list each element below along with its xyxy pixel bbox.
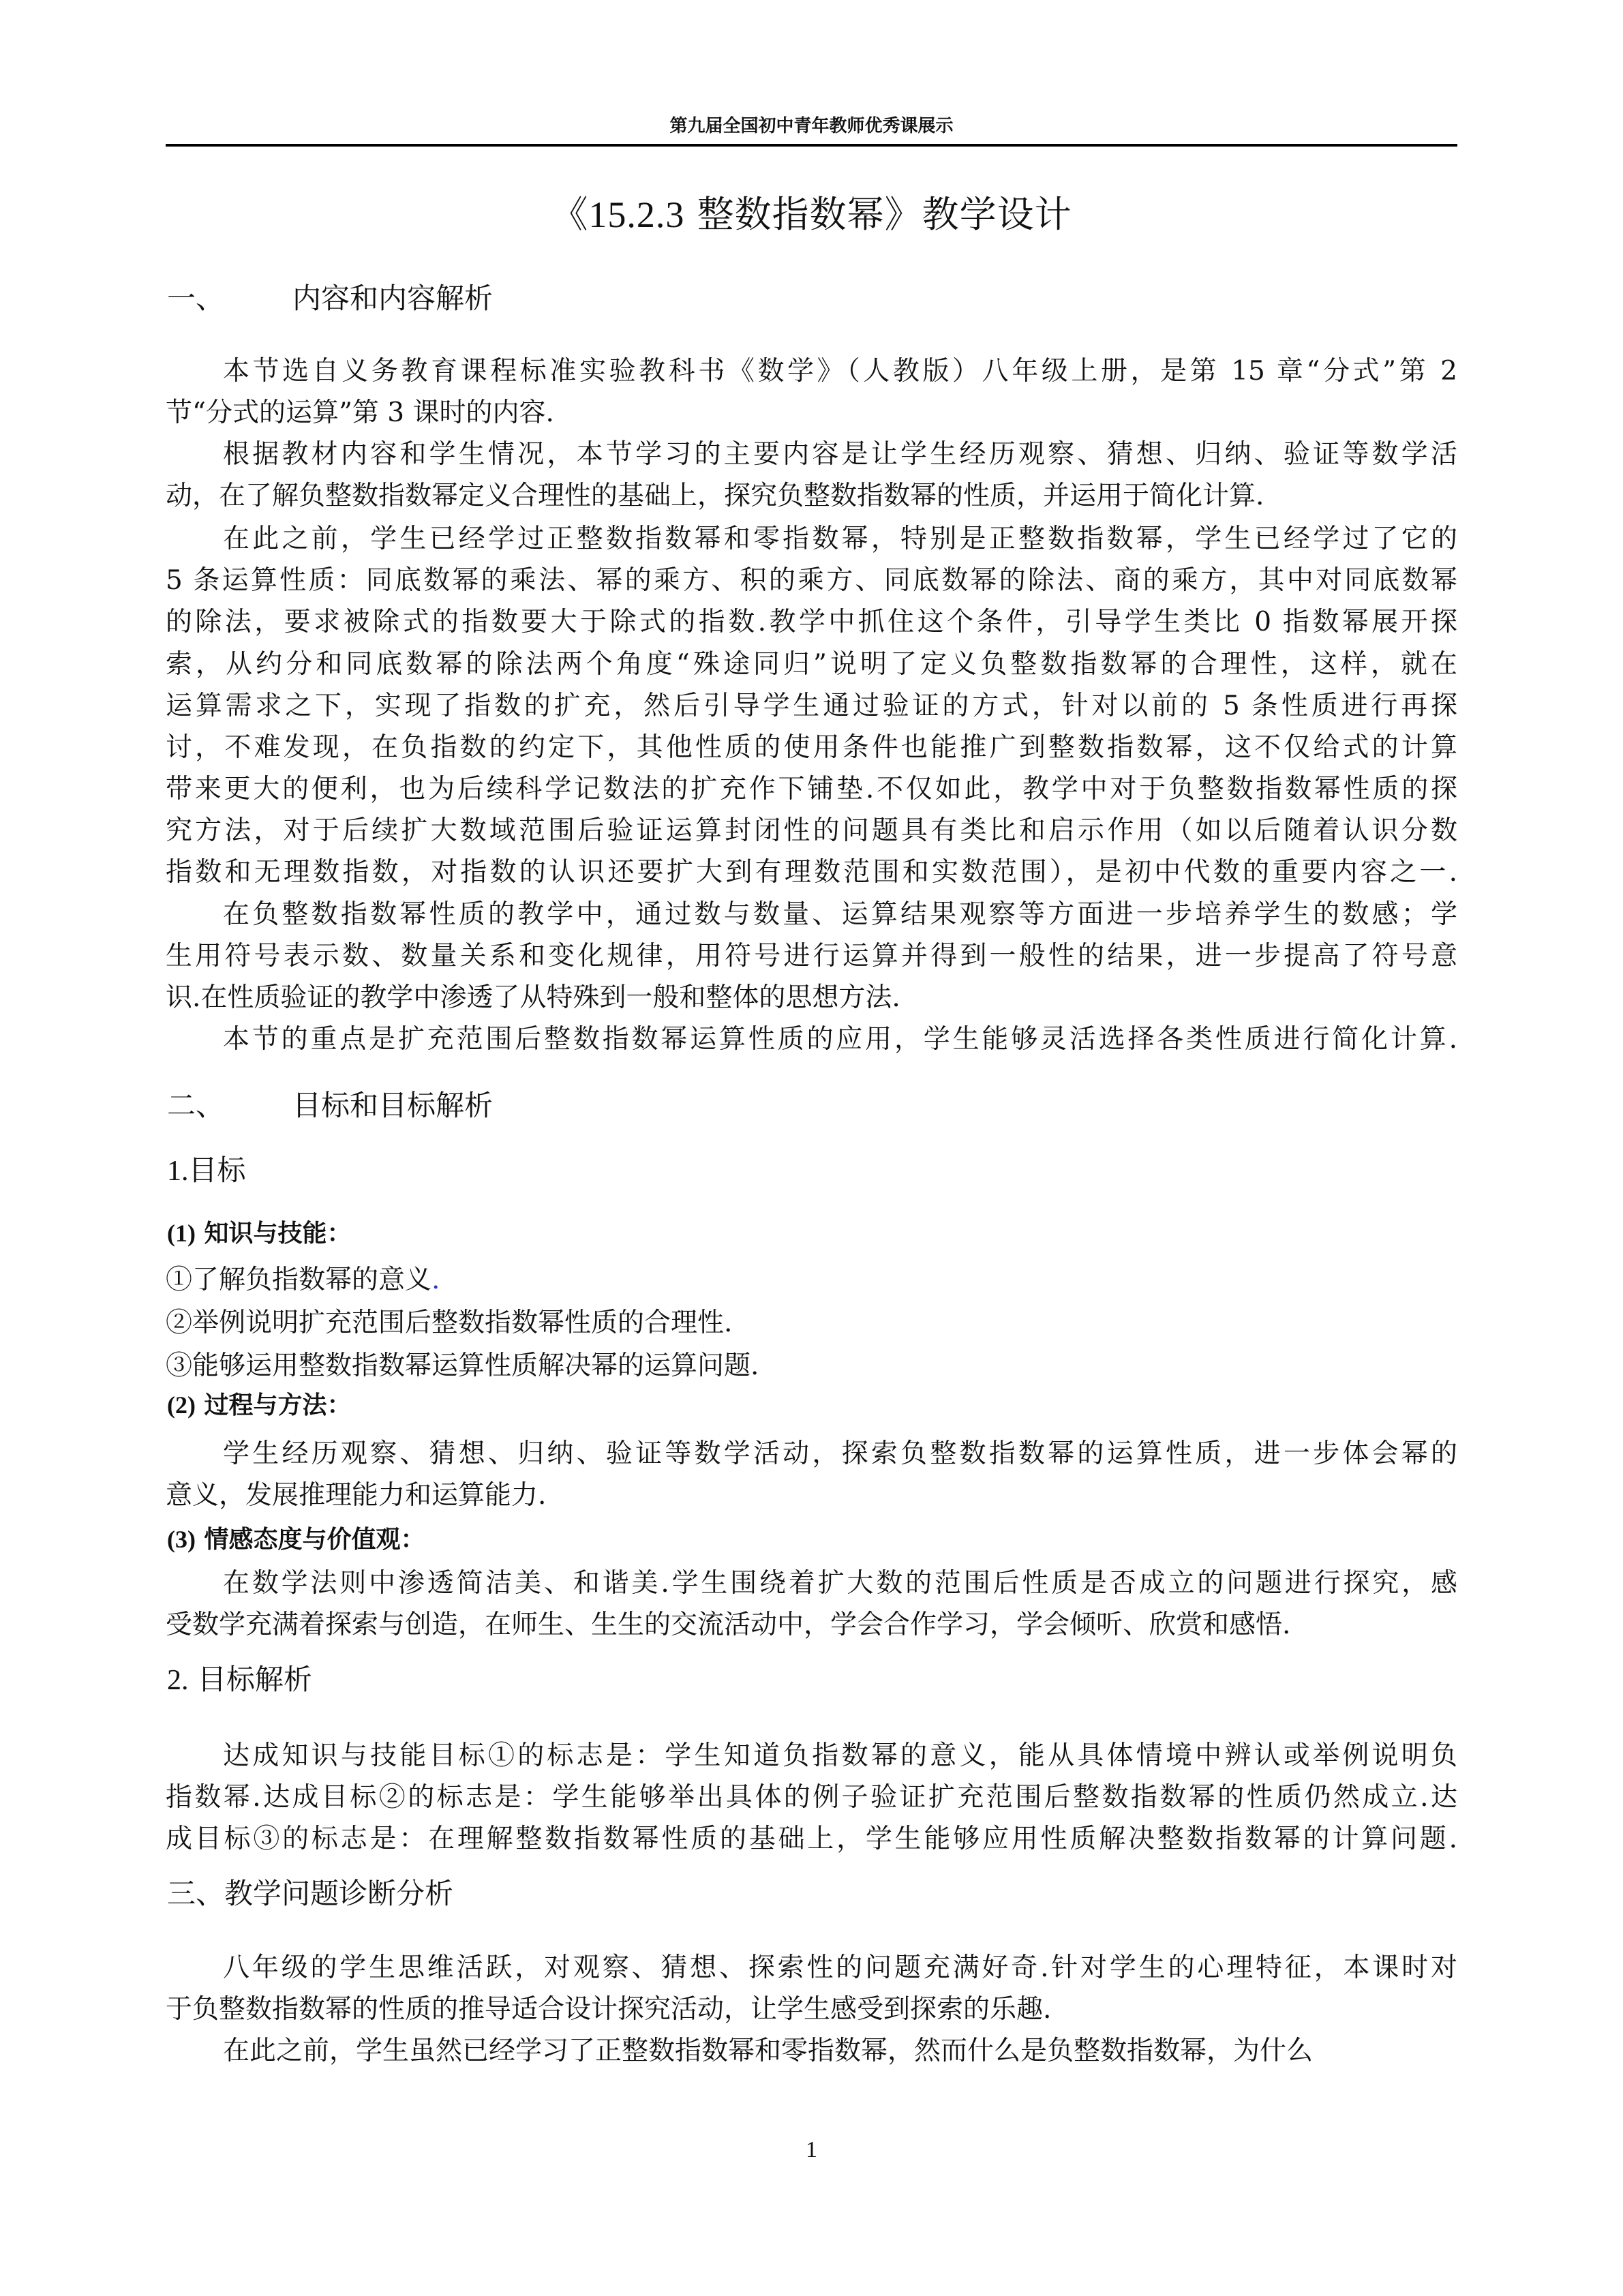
subsection-number: 2.	[167, 1665, 189, 1696]
paragraph-line: 成目标③的标志是：在理解整数指数幂性质的基础上，学生能够应用性质解决整数指数幂的…	[166, 1822, 1457, 1856]
goal-item: ②举例说明扩充范围后整数指数幂性质的合理性.	[166, 1306, 732, 1340]
section-1-index: 一、	[167, 282, 224, 315]
paragraph-line: 节“分式的运算”第 3 课时的内容.	[166, 396, 1457, 430]
paragraph-line: 意义，发展推理能力和运算能力.	[166, 1479, 1457, 1513]
goal-item: ①了解负指数幂的意义.	[166, 1263, 440, 1297]
paragraph-line: 本节的重点是扩充范围后整数指数幂运算性质的应用，学生能够灵活选择各类性质进行简化…	[166, 1023, 1457, 1057]
goal-knowledge-heading: (1) 知识与技能：	[167, 1218, 352, 1250]
goal-item-period: .	[431, 1265, 440, 1295]
paragraph-line: 在此之前，学生已经学过正整数指数幂和零指数幂，特别是正整数指数幂，学生已经学过了…	[166, 522, 1457, 556]
goal-number: (1)	[167, 1220, 196, 1247]
document-page: 第九届全国初中青年教师优秀课展示 《15.2.3 整数指数幂》教学设计 一、内容…	[0, 0, 1623, 2296]
paragraph-line: 指数和无理数指数，对指数的认识还要扩大到有理数范围和实数范围），是初中代数的重要…	[166, 856, 1457, 890]
paragraph-line: 识.在性质验证的教学中渗透了从特殊到一般和整体的思想方法.	[166, 981, 1457, 1015]
paragraph-line: 5 条运算性质：同底数幂的乘法、幂的乘方、积的乘方、同底数幂的除法、商的乘方，其…	[166, 564, 1457, 598]
paragraph-line: 于负整数指数幂的性质的推导适合设计探究活动，让学生感受到探索的乐趣.	[166, 1993, 1457, 2027]
goal-number: (2)	[167, 1391, 196, 1419]
section-3-heading: 三、教学问题诊断分析	[167, 1876, 453, 1912]
paragraph-line: 生用符号表示数、数量关系和变化规律，用符号进行运算并得到一般性的结果，进一步提高…	[166, 939, 1457, 973]
goal-title: 过程与方法：	[196, 1391, 352, 1419]
goal-title: 情感态度与价值观：	[196, 1526, 425, 1554]
paragraph-line: 在此之前，学生虽然已经学习了正整数指数幂和零指数幂，然而什么是负整数指数幂，为什…	[166, 2034, 1457, 2068]
goal-item: ③能够运用整数指数幂运算性质解决幂的运算问题.	[166, 1349, 759, 1383]
goal-item-text: ③能够运用整数指数幂运算性质解决幂的运算问题.	[166, 1350, 759, 1381]
goal-method-heading: (2) 过程与方法：	[167, 1389, 352, 1421]
paragraph-line: 学生经历观察、猜想、归纳、验证等数学活动，探索负整数指数幂的运算性质，进一步体会…	[166, 1437, 1457, 1471]
document-title: 《15.2.3 整数指数幂》教学设计	[166, 191, 1457, 239]
goal-title: 知识与技能：	[196, 1220, 352, 1248]
goal-number: (3)	[167, 1526, 196, 1553]
paragraph-line: 根据教材内容和学生情况，本节学习的主要内容是让学生经历观察、猜想、归纳、验证等数…	[166, 438, 1457, 472]
subsection-analysis-heading: 2. 目标解析	[167, 1662, 312, 1698]
paragraph-line: 带来更大的便利，也为后续科学记数法的扩充作下铺垫.不仅如此，教学中对于负整数指数…	[166, 772, 1457, 806]
section-1-title: 内容和内容解析	[292, 282, 493, 315]
goal-item-text: ①了解负指数幂的意义	[166, 1265, 431, 1295]
paragraph-line: 指数幂.达成目标②的标志是：学生能够举出具体的例子验证扩充范围后整数指数幂的性质…	[166, 1781, 1457, 1815]
header-rule	[166, 144, 1457, 147]
subsection-title: 目标解析	[189, 1663, 312, 1696]
running-header: 第九届全国初中青年教师优秀课展示	[166, 115, 1457, 138]
paragraph-line: 运算需求之下，实现了指数的扩充，然后引导学生通过验证的方式，针对以前的 5 条性…	[166, 689, 1457, 723]
paragraph-line: 本节选自义务教育课程标准实验教科书《数学》（人教版）八年级上册，是第 15 章“…	[166, 354, 1457, 389]
subsection-title: 目标	[189, 1153, 246, 1187]
paragraph-line: 受数学充满着探索与创造，在师生、生生的交流活动中，学会合作学习，学会倾听、欣赏和…	[166, 1608, 1457, 1642]
paragraph-line: 究方法，对于后续扩大数域范围后验证运算封闭性的问题具有类比和启示作用（如以后随着…	[166, 814, 1457, 848]
goal-emotion-heading: (3) 情感态度与价值观：	[167, 1524, 425, 1556]
section-2-title: 目标和目标解析	[292, 1089, 493, 1122]
paragraph-line: 在负整数指数幂性质的教学中，通过数与数量、运算结果观察等方面进一步培养学生的数感…	[166, 898, 1457, 932]
paragraph-line: 八年级的学生思维活跃，对观察、猜想、探索性的问题充满好奇.针对学生的心理特征，本…	[166, 1951, 1457, 1985]
paragraph-line: 动，在了解负整数指数幂定义合理性的基础上，探究负整数指数幂的性质，并运用于简化计…	[166, 479, 1457, 513]
goal-item-text: ②举例说明扩充范围后整数指数幂性质的合理性.	[166, 1308, 732, 1338]
section-2-index: 二、	[167, 1089, 224, 1122]
subsection-number: 1.	[167, 1155, 189, 1187]
paragraph-line: 索，从约分和同底数幂的除法两个角度“殊途同归”说明了定义负整数指数幂的合理性，这…	[166, 648, 1457, 682]
title-open-bracket: 《	[551, 193, 588, 236]
section-1-heading: 一、内容和内容解析	[167, 281, 493, 316]
paragraph-line: 在数学法则中渗透简洁美、和谐美.学生围绕着扩大数的范围后性质是否成立的问题进行探…	[166, 1567, 1457, 1601]
paragraph-line: 讨，不难发现，在负指数的约定下，其他性质的使用条件也能推广到整数指数幂，这不仅给…	[166, 731, 1457, 765]
paragraph-line: 的除法，要求被除式的指数要大于除式的指数.教学中抓住这个条件，引导学生类比 0 …	[166, 605, 1457, 639]
subsection-goals-heading: 1.目标	[167, 1153, 246, 1189]
section-2-heading: 二、目标和目标解析	[167, 1088, 493, 1123]
title-text: 整数指数幂》教学设计	[684, 193, 1072, 236]
title-section-number: 15.2.3	[588, 194, 684, 235]
paragraph-line: 达成知识与技能目标①的标志是：学生知道负指数幂的意义，能从具体情境中辨认或举例说…	[166, 1739, 1457, 1773]
page-number: 1	[0, 2135, 1623, 2165]
